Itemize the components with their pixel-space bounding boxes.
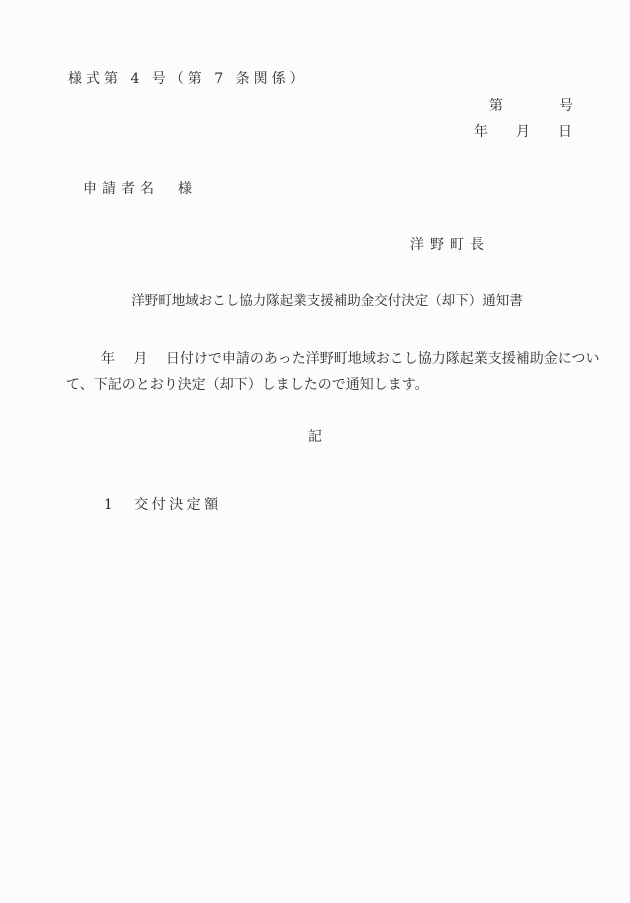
- applicant-name-line: 申請者名 様: [83, 182, 197, 197]
- body-paragraph-line-2: て、下記のとおり決定（却下）しましたので通知します。: [66, 378, 429, 393]
- item-label: 交付決定額: [134, 497, 222, 513]
- document-page: 様式第 4 号（第 7 条関係） 第 号 年 月 日 申請者名 様 洋野町長 洋…: [0, 0, 630, 903]
- date-line: 年 月 日: [474, 125, 572, 140]
- sender-name: 洋野町長: [410, 238, 490, 253]
- list-item-grant-amount: 1交付決定額: [72, 483, 222, 528]
- body-paragraph-line-1: 年 月 日付けで申請のあった洋野町地域おこし協力隊起業支援補助金につい: [101, 352, 599, 367]
- form-label: 様式第 4 号（第 7 条関係）: [68, 72, 308, 87]
- document-title: 洋野町地域おこし協力隊起業支援補助金交付決定（却下）通知書: [24, 294, 630, 309]
- record-mark: 記: [0, 430, 630, 445]
- doc-number-line: 第 号: [489, 99, 573, 114]
- item-number: 1: [104, 497, 116, 513]
